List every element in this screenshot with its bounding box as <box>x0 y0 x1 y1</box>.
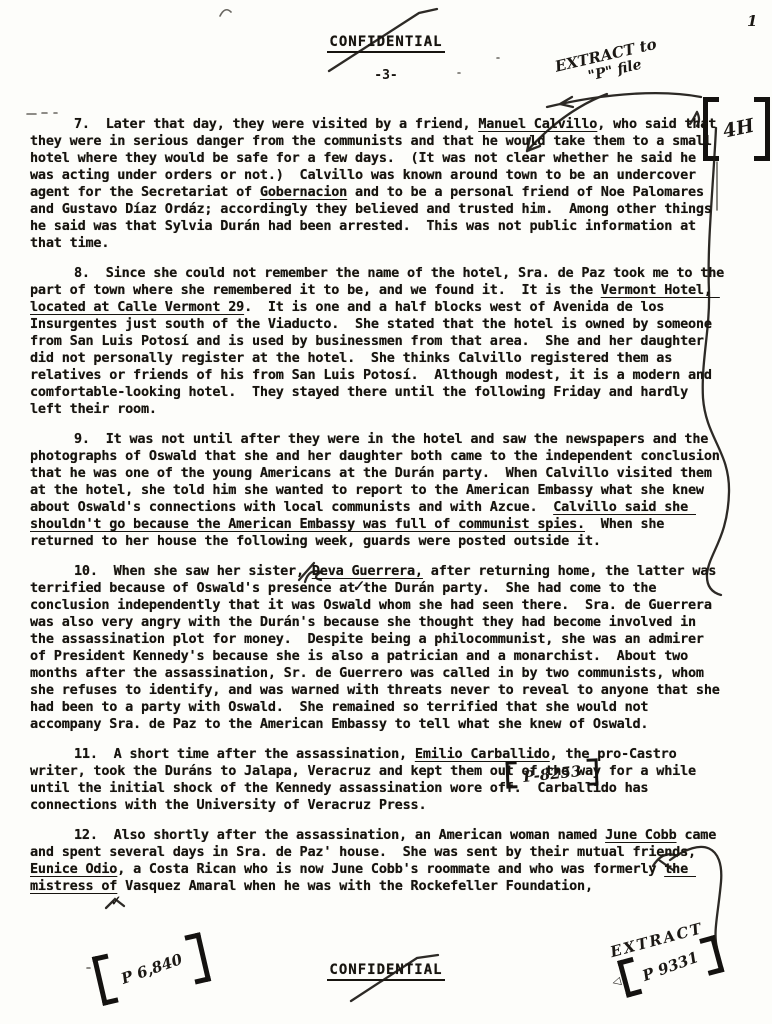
extract-arrow-long-stroke <box>547 93 701 107</box>
handwritten-page-ref-mid: P-8253 <box>506 758 599 788</box>
underlined-text: June Cobb <box>605 827 676 843</box>
checkmark-eunice-odio: ✓ <box>109 893 121 909</box>
stray-mark-top <box>220 10 231 16</box>
typed-text: Vasquez Amaral when he was with the Rock… <box>117 878 593 894</box>
stray-dashes-top-left <box>27 113 57 114</box>
underlined-text: Emilio Carballido <box>415 746 550 762</box>
right-bracket-mark <box>587 758 599 785</box>
paragraph-7: 7. Later that day, they were visited by … <box>30 116 726 252</box>
underlined-text: Manuel Calvillo <box>478 116 597 132</box>
underlined-text: Gobernacion <box>260 184 347 200</box>
typed-text: 10. When she saw her sister, <box>74 563 312 579</box>
classification-footer: CONFIDENTIAL <box>0 962 772 978</box>
scanned-document-page: CONFIDENTIAL -3- EXTRACT to "P" file 4H … <box>0 0 772 1024</box>
paragraph-8: 8. Since she could not remember the name… <box>30 265 726 418</box>
page-ref-mid-text: P-8253 <box>516 761 588 786</box>
classification-footer-text: CONFIDENTIAL <box>327 962 444 981</box>
paragraph-11: 11. A short time after the assassination… <box>30 746 726 814</box>
corner-pen-mark: 1 <box>747 12 757 30</box>
handwritten-extract-bottom: EXTRACT ◁ P 9331 <box>603 917 725 1001</box>
checkmark-deva-guerrera: ✓ <box>351 578 365 595</box>
typed-text: , a Costa Rican who is now June Cobb's r… <box>117 861 664 877</box>
typed-text: 7. Later that day, they were visited by … <box>74 116 478 132</box>
classification-header-text: CONFIDENTIAL <box>327 34 444 53</box>
page-number: -3- <box>0 68 772 83</box>
typed-text: after returning home, the latter was ter… <box>30 563 728 732</box>
extract-arrow-head-2 <box>560 97 573 107</box>
paragraph-12: 12. Also shortly after the assassination… <box>30 827 726 895</box>
paragraph-9: 9. It was not until after they were in t… <box>30 431 726 550</box>
left-bracket-mark <box>506 761 518 788</box>
underlined-text: Deva Guerrera, <box>312 563 423 579</box>
underlined-text: Eunice Odio <box>30 861 117 877</box>
paragraph-10: 10. When she saw her sister, Deva Guerre… <box>30 563 726 733</box>
right-bracket-mark <box>754 97 770 161</box>
document-body: 7. Later that day, they were visited by … <box>30 116 726 908</box>
typed-text: 12. Also shortly after the assassination… <box>74 827 605 843</box>
typed-text: 11. A short time after the assassination… <box>74 746 415 762</box>
typed-text: . It is one and a half blocks west of Av… <box>30 299 720 417</box>
